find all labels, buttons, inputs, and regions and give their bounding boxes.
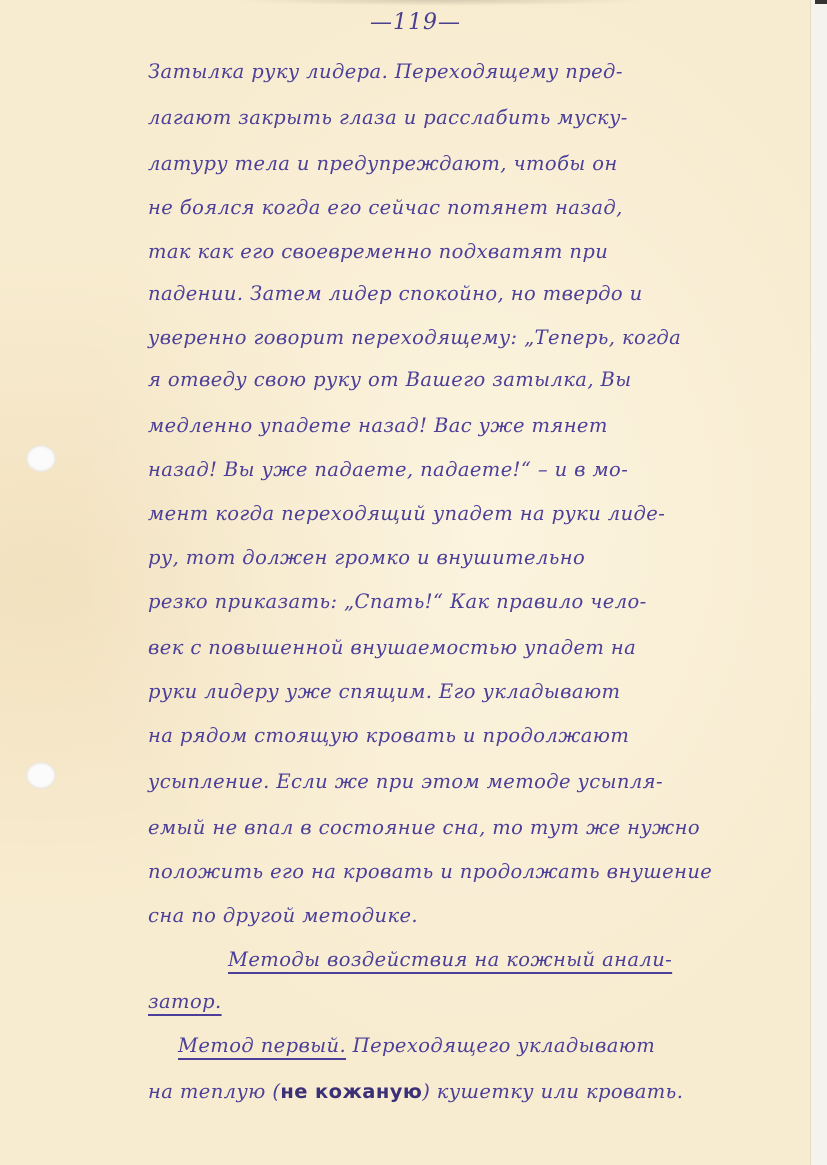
method-paragraph: Метод первый. Переходящего укладывают: [178, 1034, 655, 1057]
punch-hole-icon: [26, 762, 56, 789]
text-line: емый не впал в состояние сна, то тут же …: [148, 816, 700, 839]
scan-edge: [815, 0, 827, 4]
text-line: на теплую (не кожаную) кушетку или крова…: [148, 1080, 683, 1103]
text-line: руки лидеру уже спящим. Его укладывают: [148, 680, 620, 703]
text-line: Затылка руку лидера. Переходящему пред-: [148, 60, 623, 83]
text-line: сна по другой методике.: [148, 904, 418, 927]
scanned-page: —119— Затылка руку лидера. Переходящему …: [0, 0, 827, 1165]
method-text: Переходящего укладывают: [346, 1034, 655, 1057]
text-line: назад! Вы уже падаете, падаете!“ – и в м…: [148, 458, 628, 481]
scan-shadow: [230, 0, 650, 6]
text-line: резко приказать: „Спать!“ Как правило че…: [148, 590, 647, 613]
section-heading: Методы воздействия на кожный анали-: [228, 948, 672, 971]
text-line: ру, тот должен громко и внушительно: [148, 546, 585, 569]
paper-sheet: —119— Затылка руку лидера. Переходящему …: [0, 0, 810, 1165]
page-number: —119—: [370, 10, 461, 35]
punch-hole-icon: [26, 445, 56, 472]
section-heading-continuation: затор.: [148, 990, 222, 1013]
text-line: латуру тела и предупреждают, чтобы он: [148, 152, 618, 175]
text-line: на рядом стоящую кровать и продолжают: [148, 724, 629, 747]
text-line: лагают закрыть глаза и расслабить муску-: [148, 106, 628, 129]
method-label: Метод первый.: [178, 1034, 346, 1057]
emphasized-text: не кожаную: [280, 1080, 422, 1103]
text-line: медленно упадете назад! Вас уже тянет: [148, 414, 608, 437]
text-line: век с повышенной внушаемостью упадет на: [148, 636, 636, 659]
text-line: усыпление. Если же при этом методе усыпл…: [148, 770, 663, 793]
text-line: не боялся когда его сейчас потянет назад…: [148, 196, 623, 219]
text-line: мент когда переходящий упадет на руки ли…: [148, 502, 665, 525]
text-line: я отведу свою руку от Вашего затылка, Вы: [148, 368, 632, 391]
last-line-start: на теплую (: [148, 1080, 280, 1103]
text-line: так как его своевременно подхватят при: [148, 240, 608, 263]
text-line: положить его на кровать и продолжать вну…: [148, 860, 712, 883]
text-line: уверенно говорит переходящему: „Теперь, …: [148, 326, 681, 349]
text-line: падении. Затем лидер спокойно, но твердо…: [148, 282, 643, 305]
last-line-end: ) кушетку или кровать.: [422, 1080, 683, 1103]
